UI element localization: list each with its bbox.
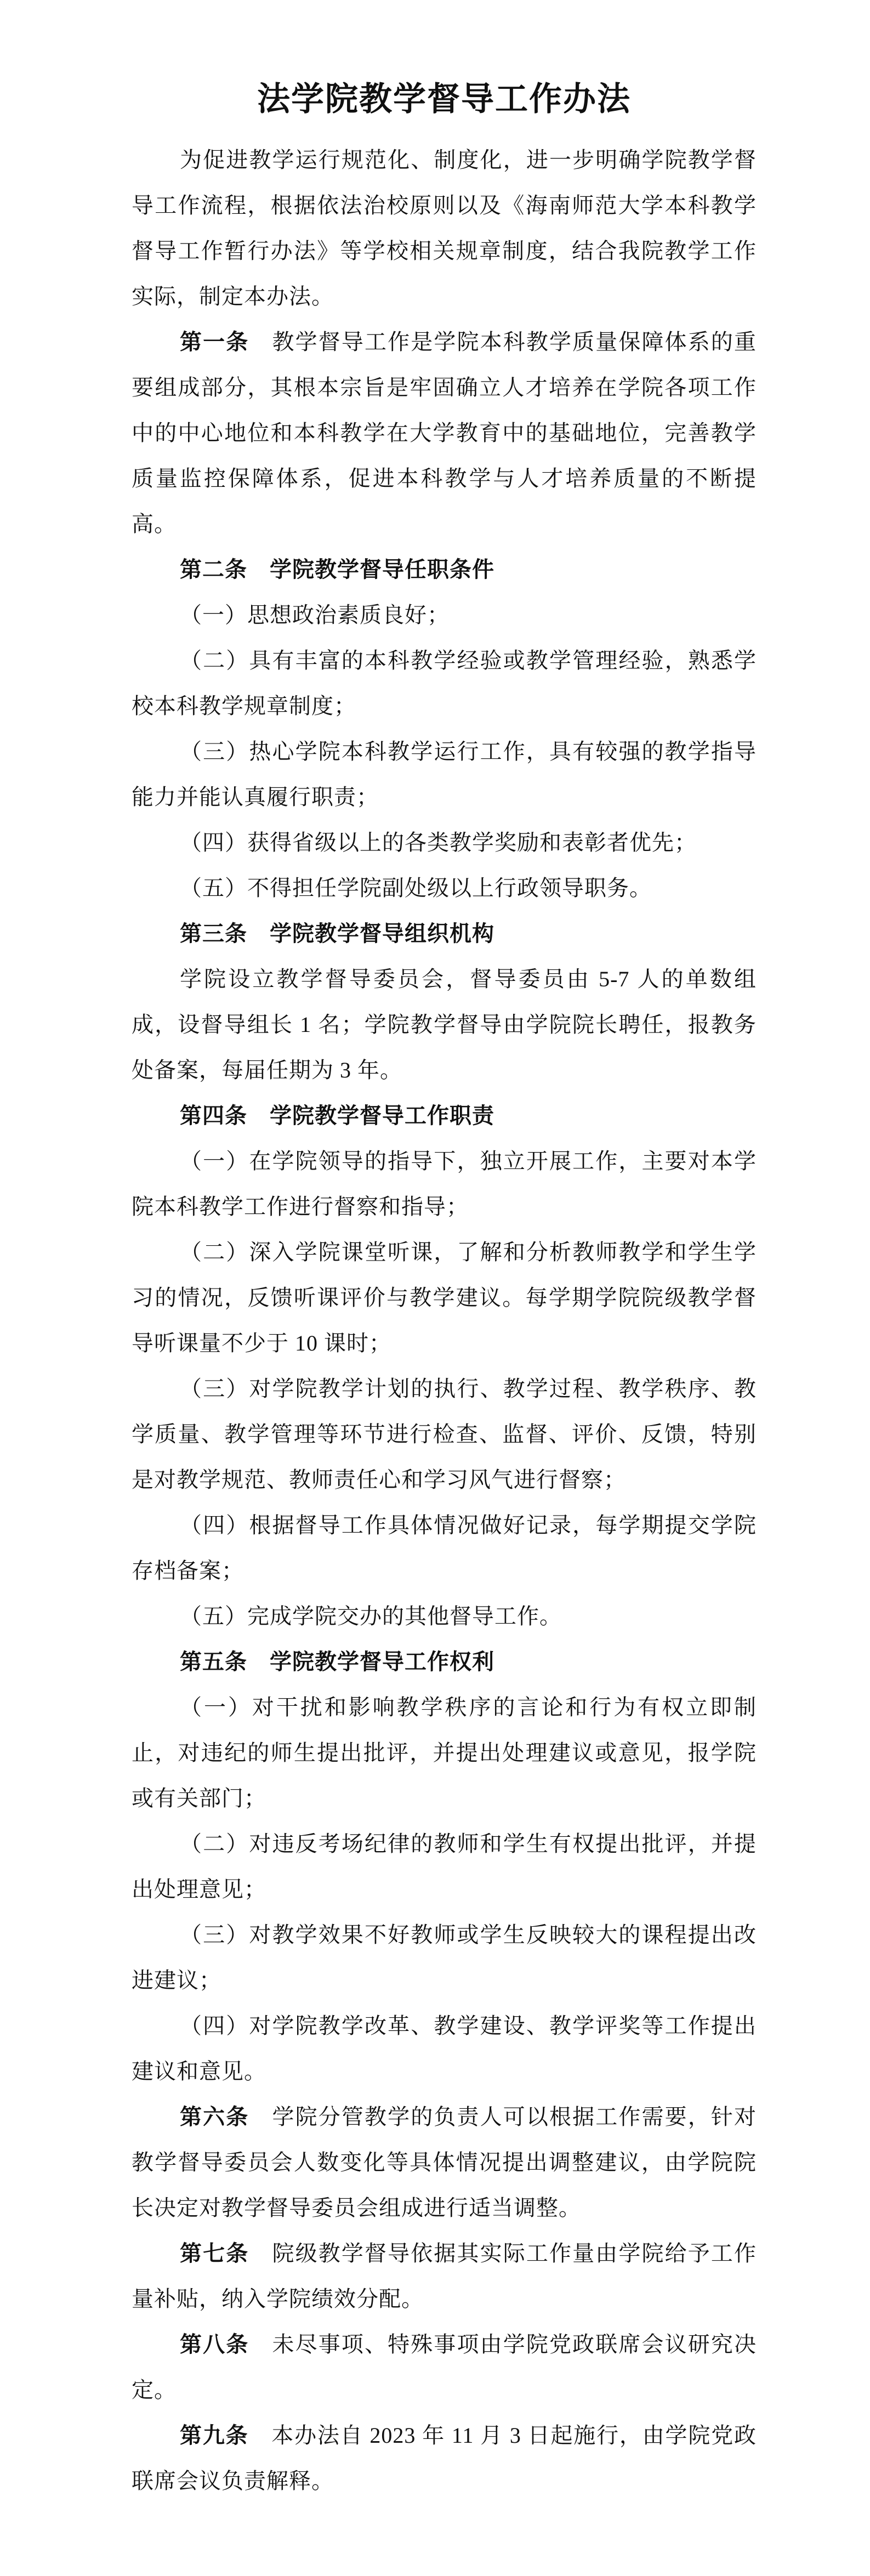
paragraph-text: 教学督导工作是学院本科教学质量保障体系的重要组成部分，其根本宗旨是牢固确立人才培… (132, 330, 757, 536)
article-number: 第五条 学院教学督导工作权利 (180, 1649, 494, 1674)
article-1: 第一条 教学督导工作是学院本科教学质量保障体系的重要组成部分，其根本宗旨是牢固确… (132, 319, 757, 547)
article-5-item-3: （三）对教学效果不好教师或学生反映较大的课程提出改进建议； (132, 1912, 757, 2003)
paragraph-text: （三）热心学院本科教学运行工作，具有较强的教学指导能力并能认真履行职责； (132, 739, 757, 809)
paragraph-text: （二）深入学院课堂听课，了解和分析教师教学和学生学习的情况，反馈听课评价与教学建… (132, 1240, 757, 1355)
article-4-item-4: （四）根据督导工作具体情况做好记录，每学期提交学院存档备案； (132, 1502, 757, 1593)
article-7: 第七条 院级教学督导依据其实际工作量由学院给予工作量补贴，纳入学院绩效分配。 (132, 2231, 757, 2322)
document-title: 法学院教学督导工作办法 (132, 81, 757, 117)
article-2-heading: 第二条 学院教学督导任职条件 (132, 547, 757, 592)
article-6: 第六条 学院分管教学的负责人可以根据工作需要，针对教学督导委员会人数变化等具体情… (132, 2094, 757, 2231)
intro-paragraph: 为促进教学运行规范化、制度化，进一步明确学院教学督导工作流程，根据依法治校原则以… (132, 137, 757, 319)
article-5-item-4: （四）对学院教学改革、教学建设、教学评奖等工作提出建议和意见。 (132, 2003, 757, 2094)
article-number: 第九条 (180, 2423, 248, 2448)
document-body: 为促进教学运行规范化、制度化，进一步明确学院教学督导工作流程，根据依法治校原则以… (132, 137, 757, 2504)
article-number: 第四条 学院教学督导工作职责 (180, 1103, 494, 1128)
article-2-item-1: （一）思想政治素质良好； (132, 592, 757, 638)
article-number: 第七条 (180, 2241, 249, 2266)
article-4-item-1: （一）在学院领导的指导下，独立开展工作，主要对本学院本科教学工作进行督察和指导； (132, 1138, 757, 1229)
article-3-body: 学院设立教学督导委员会，督导委员由 5-7 人的单数组成，设督导组长 1 名；学… (132, 956, 757, 1093)
paragraph-text: （五）完成学院交办的其他督导工作。 (180, 1604, 562, 1629)
paragraph-text: （五）不得担任学院副处级以上行政领导职务。 (180, 876, 652, 900)
article-2-item-3: （三）热心学院本科教学运行工作，具有较强的教学指导能力并能认真履行职责； (132, 729, 757, 820)
article-8: 第八条 未尽事项、特殊事项由学院党政联席会议研究决定。 (132, 2322, 757, 2413)
article-5-item-2: （二）对违反考场纪律的教师和学生有权提出批评，并提出处理意见； (132, 1821, 757, 1912)
paragraph-text: （一）对干扰和影响教学秩序的言论和行为有权立即制止，对违纪的师生提出批评，并提出… (132, 1695, 757, 1811)
article-number: 第八条 (180, 2332, 249, 2357)
document-page: 法学院教学督导工作办法 为促进教学运行规范化、制度化，进一步明确学院教学督导工作… (0, 0, 870, 2576)
paragraph-text: （一）在学院领导的指导下，独立开展工作，主要对本学院本科教学工作进行督察和指导； (132, 1149, 757, 1219)
article-4-heading: 第四条 学院教学督导工作职责 (132, 1093, 757, 1138)
article-3-heading: 第三条 学院教学督导组织机构 (132, 911, 757, 956)
article-2-item-4: （四）获得省级以上的各类教学奖励和表彰者优先； (132, 820, 757, 865)
article-4-item-2: （二）深入学院课堂听课，了解和分析教师教学和学生学习的情况，反馈听课评价与教学建… (132, 1229, 757, 1366)
paragraph-text: （三）对学院教学计划的执行、教学过程、教学秩序、教学质量、教学管理等环节进行检查… (132, 1376, 757, 1492)
article-number: 第六条 (180, 2104, 249, 2129)
paragraph-text: （二）具有丰富的本科教学经验或教学管理经验，熟悉学校本科教学规章制度； (132, 648, 757, 718)
paragraph-text: （二）对违反考场纪律的教师和学生有权提出批评，并提出处理意见； (132, 1831, 757, 1902)
article-5-item-1: （一）对干扰和影响教学秩序的言论和行为有权立即制止，对违纪的师生提出批评，并提出… (132, 1684, 757, 1821)
paragraph-text: （四）获得省级以上的各类教学奖励和表彰者优先； (180, 830, 697, 855)
paragraph-text: 为促进教学运行规范化、制度化，进一步明确学院教学督导工作流程，根据依法治校原则以… (132, 147, 757, 309)
article-number: 第二条 学院教学督导任职条件 (180, 557, 494, 582)
paragraph-text: （一）思想政治素质良好； (180, 603, 450, 627)
paragraph-text: （四）根据督导工作具体情况做好记录，每学期提交学院存档备案； (132, 1513, 757, 1583)
article-5-heading: 第五条 学院教学督导工作权利 (132, 1639, 757, 1684)
article-number: 第一条 (180, 330, 249, 354)
article-4-item-3: （三）对学院教学计划的执行、教学过程、教学秩序、教学质量、教学管理等环节进行检查… (132, 1366, 757, 1502)
article-9: 第九条 本办法自 2023 年 11 月 3 日起施行，由学院党政联席会议负责解… (132, 2413, 757, 2504)
article-number: 第三条 学院教学督导组织机构 (180, 921, 494, 946)
article-4-item-5: （五）完成学院交办的其他督导工作。 (132, 1593, 757, 1639)
article-2-item-2: （二）具有丰富的本科教学经验或教学管理经验，熟悉学校本科教学规章制度； (132, 638, 757, 729)
article-2-item-5: （五）不得担任学院副处级以上行政领导职务。 (132, 865, 757, 911)
paragraph-text: 学院设立教学督导委员会，督导委员由 5-7 人的单数组成，设督导组长 1 名；学… (132, 967, 757, 1082)
paragraph-text: （三）对教学效果不好教师或学生反映较大的课程提出改进建议； (132, 1922, 757, 1993)
paragraph-text: （四）对学院教学改革、教学建设、教学评奖等工作提出建议和意见。 (132, 2013, 757, 2084)
